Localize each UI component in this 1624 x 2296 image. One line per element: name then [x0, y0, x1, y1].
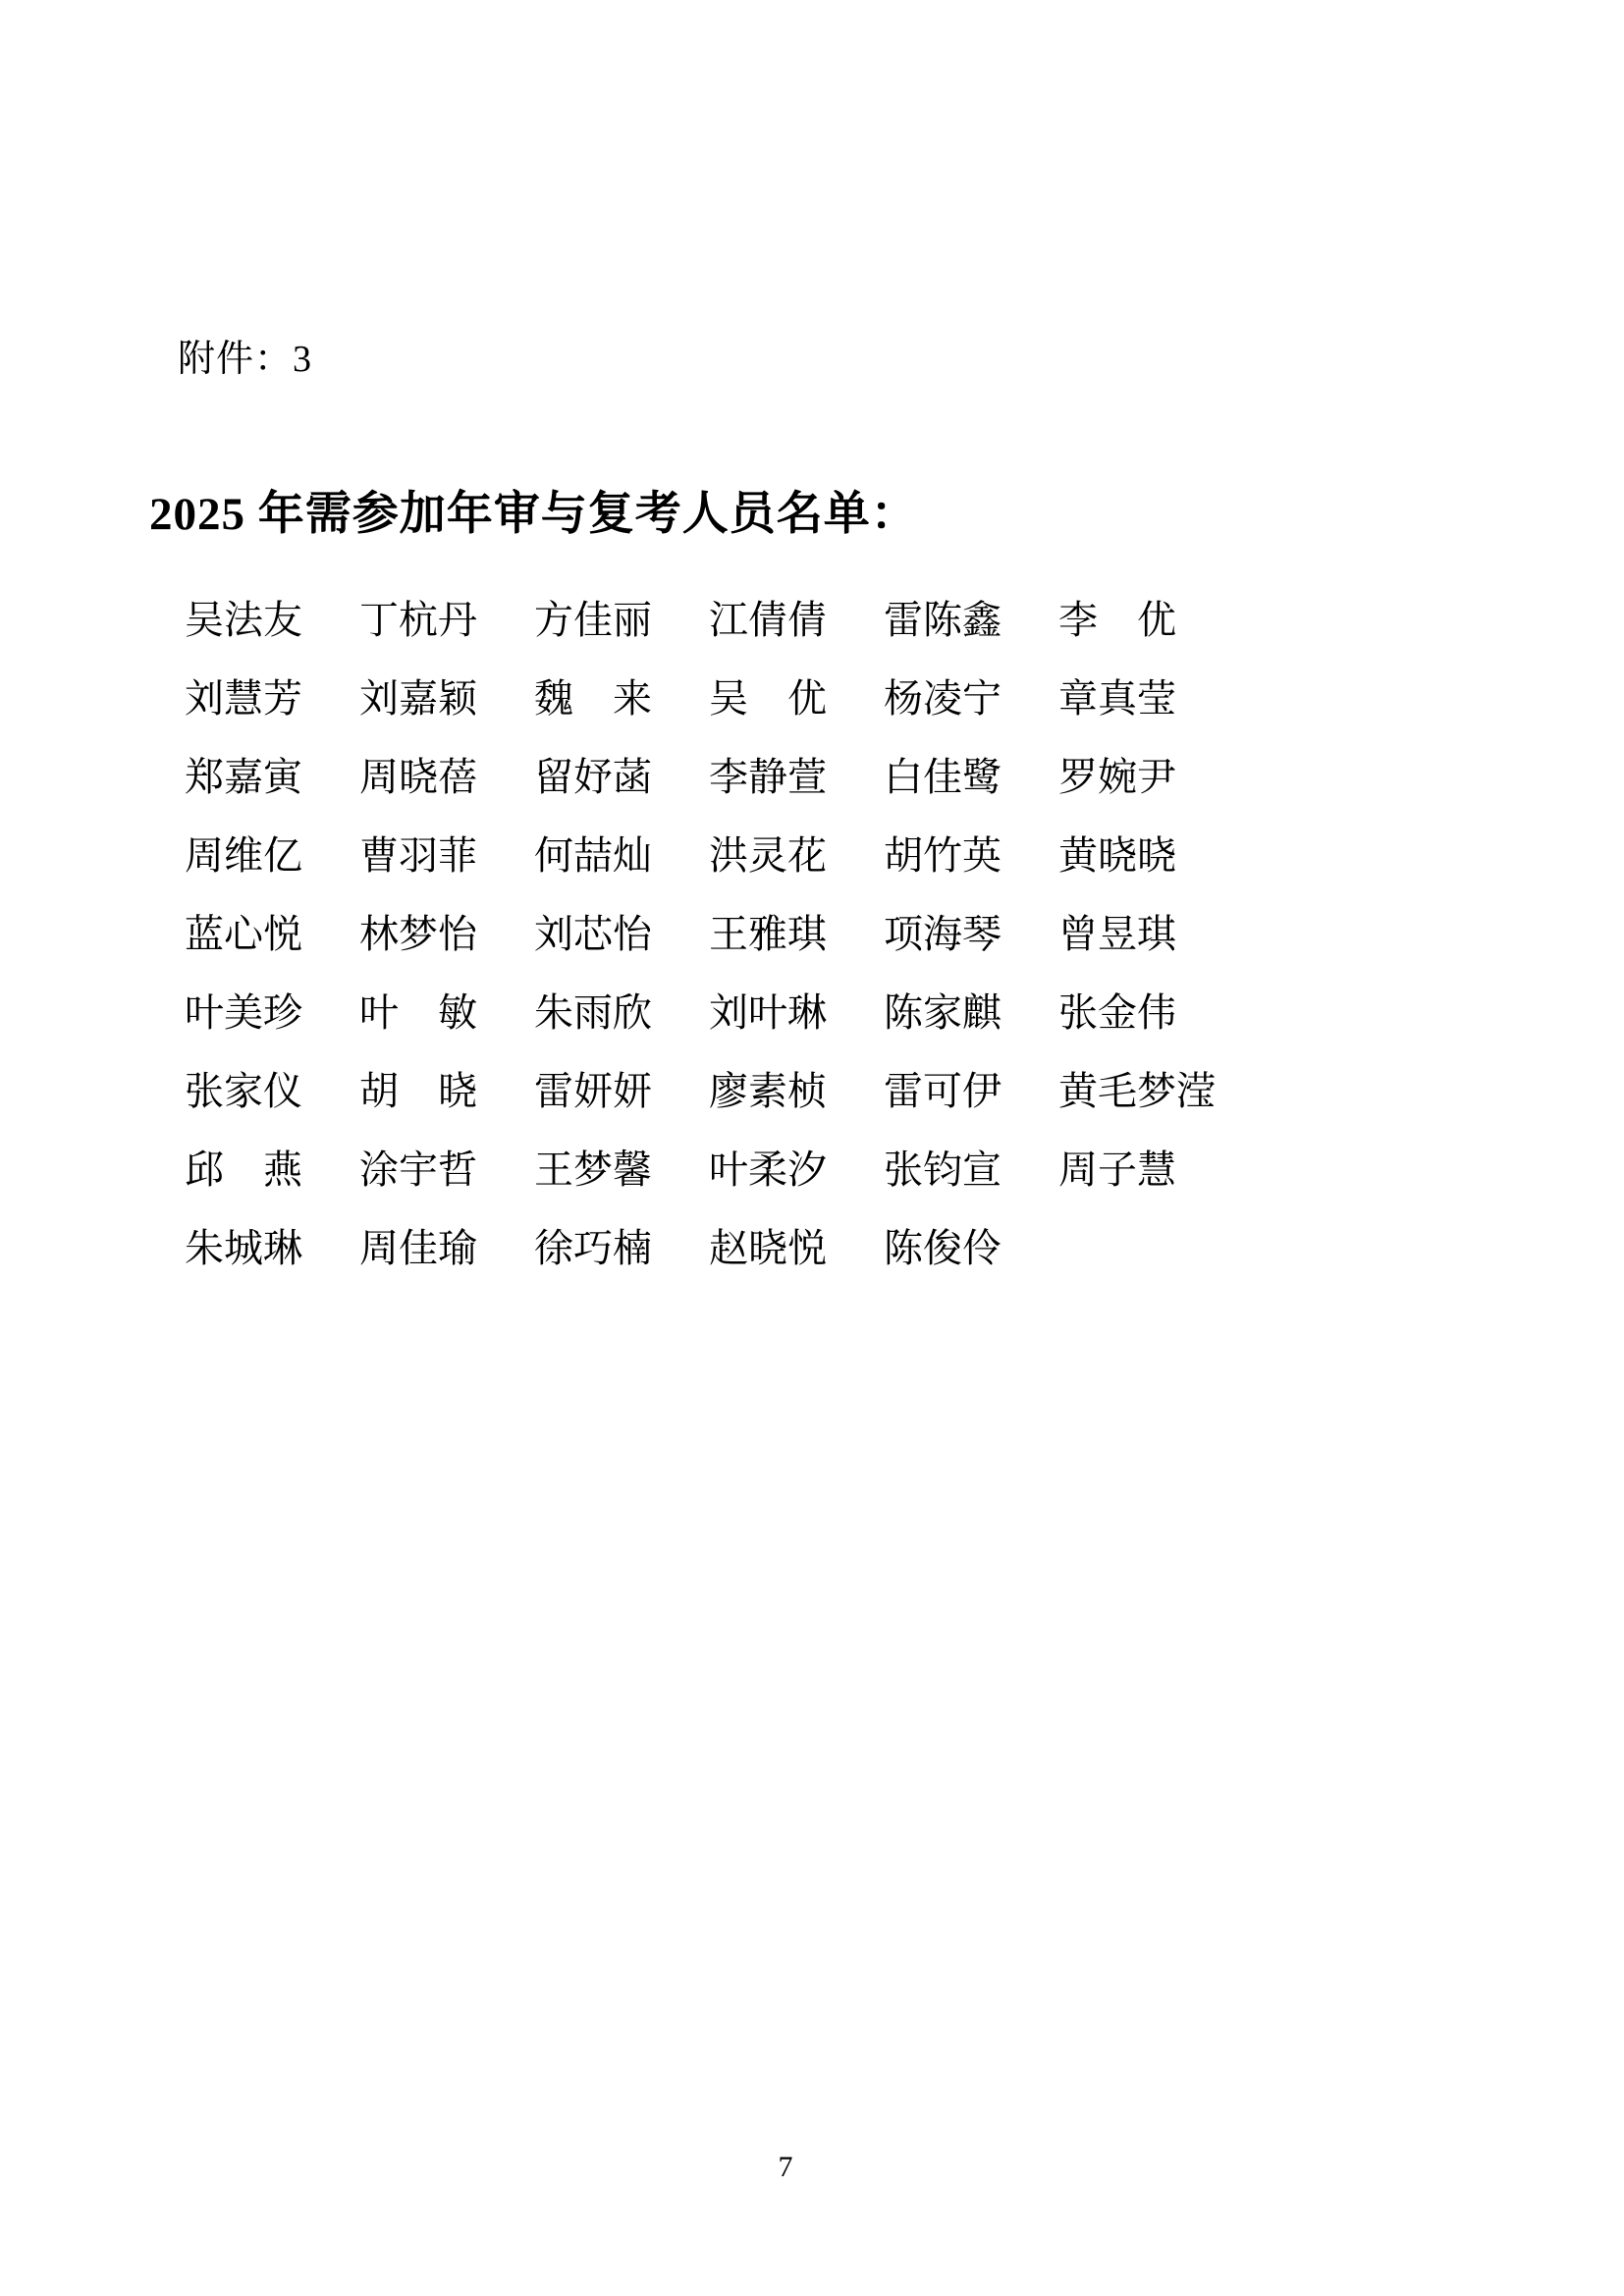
document-page: 附件：3 2025 年需参加年审与复考人员名单： 吴法友丁杭丹方佳丽江倩倩雷陈鑫…: [0, 0, 1624, 2296]
person-name: 留妤菡: [534, 738, 709, 817]
person-name: 洪灵花: [709, 817, 884, 895]
person-name: 曾昱琪: [1058, 895, 1233, 974]
person-name: 魏 来: [534, 660, 709, 738]
person-name: 黄毛梦滢: [1058, 1052, 1233, 1131]
person-name: 叶 敏: [359, 974, 534, 1052]
person-name: 胡竹英: [884, 817, 1058, 895]
person-name: 朱雨欣: [534, 974, 709, 1052]
person-name: 李 优: [1058, 581, 1233, 660]
person-name: 吴 优: [709, 660, 884, 738]
person-name: 廖素桢: [709, 1052, 884, 1131]
attachment-label: 附件：3: [178, 334, 312, 385]
person-name: 丁杭丹: [359, 581, 534, 660]
person-name: 徐巧楠: [534, 1209, 709, 1288]
person-name: 杨凌宁: [884, 660, 1058, 738]
person-name: 叶柔汐: [709, 1131, 884, 1209]
person-name: 周晓蓓: [359, 738, 534, 817]
person-name: 白佳鹭: [884, 738, 1058, 817]
person-name: 叶美珍: [185, 974, 359, 1052]
person-name: 张金伟: [1058, 974, 1233, 1052]
person-name: 曹羽菲: [359, 817, 534, 895]
person-name: 胡 晓: [359, 1052, 534, 1131]
person-name: 方佳丽: [534, 581, 709, 660]
person-name: 王雅琪: [709, 895, 884, 974]
person-name: 涂宇哲: [359, 1131, 534, 1209]
person-name: 周子慧: [1058, 1131, 1233, 1209]
name-grid: 吴法友丁杭丹方佳丽江倩倩雷陈鑫李 优刘慧芳刘嘉颖魏 来吴 优杨凌宁章真莹郑嘉寅周…: [185, 581, 1422, 1288]
person-name: 陈俊伶: [884, 1209, 1058, 1288]
page-number: 7: [756, 2148, 815, 2187]
person-name: 郑嘉寅: [185, 738, 359, 817]
person-name: 周佳瑜: [359, 1209, 534, 1288]
person-name: 雷可伊: [884, 1052, 1058, 1131]
person-name: 何喆灿: [534, 817, 709, 895]
person-name: 周维亿: [185, 817, 359, 895]
person-name: 张钧宣: [884, 1131, 1058, 1209]
person-name: 江倩倩: [709, 581, 884, 660]
person-name: 邱 燕: [185, 1131, 359, 1209]
person-name: 刘嘉颖: [359, 660, 534, 738]
person-name: 雷陈鑫: [884, 581, 1058, 660]
person-name: 罗婉尹: [1058, 738, 1233, 817]
person-name: 朱城琳: [185, 1209, 359, 1288]
person-name: 赵晓悦: [709, 1209, 884, 1288]
person-name: 刘芯怡: [534, 895, 709, 974]
person-name: 项海琴: [884, 895, 1058, 974]
person-name: 张家仪: [185, 1052, 359, 1131]
person-name: 雷妍妍: [534, 1052, 709, 1131]
person-name: 蓝心悦: [185, 895, 359, 974]
page-title: 2025 年需参加年审与复考人员名单：: [149, 479, 918, 550]
person-name: 刘慧芳: [185, 660, 359, 738]
person-name: 陈家麒: [884, 974, 1058, 1052]
person-name: 章真莹: [1058, 660, 1233, 738]
person-name: 王梦馨: [534, 1131, 709, 1209]
person-name: 刘叶琳: [709, 974, 884, 1052]
person-name: 李静萱: [709, 738, 884, 817]
person-name: 黄晓晓: [1058, 817, 1233, 895]
person-name: 吴法友: [185, 581, 359, 660]
person-name: 林梦怡: [359, 895, 534, 974]
